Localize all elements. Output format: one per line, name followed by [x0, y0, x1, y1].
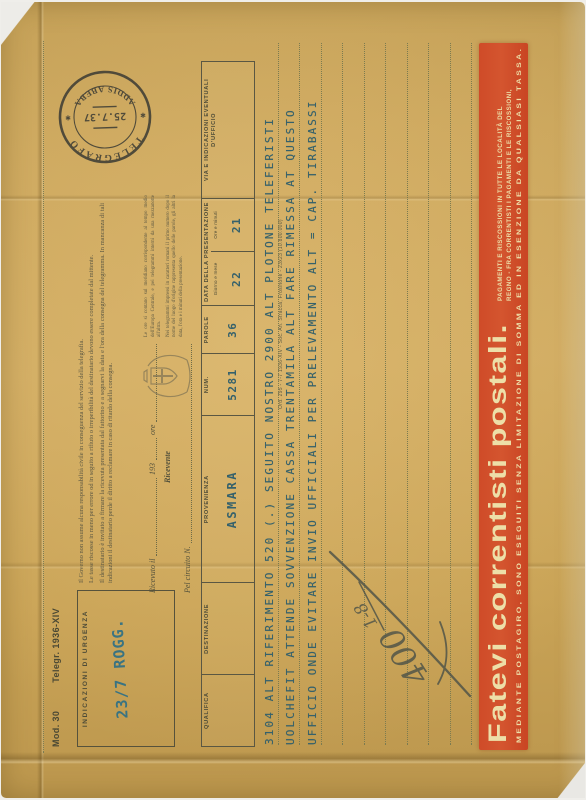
time-note: Le ore si contano sul meridiano corrispo…	[144, 195, 164, 337]
coat-of-arms-icon	[141, 349, 193, 403]
legal-note: Il Governo non assume alcuna responsabil…	[78, 203, 86, 583]
time-notes: Le ore si contano sul meridiano corrispo…	[144, 195, 187, 337]
handwritten-figure: 400	[372, 620, 438, 693]
col-qualifica-value	[211, 675, 254, 746]
col-parole-value: 36	[211, 306, 254, 353]
postal-banner: Fatevi correntisti postali. PAGAMENTI E …	[479, 43, 528, 750]
banner-subline-1: PAGAMENTI E RISCOSSIONI IN TUTTE LE LOCA…	[497, 50, 505, 301]
col-num-value: 5281	[211, 354, 254, 415]
urgency-stamp: 23/7 ROGG.	[107, 591, 133, 747]
sub-ore-value: 21	[219, 199, 254, 252]
legal-notes: Il Governo non assume alcuna responsabil…	[78, 203, 118, 583]
col-parole-label: PAROLE	[202, 306, 211, 353]
model-number: Mod. 30	[51, 711, 61, 747]
time-note: Nei telegrammi impressi in caratteri rom…	[166, 195, 186, 337]
photo-background-corner	[1, 2, 61, 46]
urgency-box: INDICAZIONI DI URGENZA 23/7 ROGG.	[77, 590, 175, 747]
postmark-star: ✱	[140, 111, 146, 119]
form-model-line: Mod. 30 Telegr. 1936-XIV	[51, 608, 61, 747]
col-provenienza-value: ASMARA	[211, 416, 254, 583]
paper-sheet: Mod. 30 Telegr. 1936-XIV INDICAZIONI DI …	[1, 2, 585, 798]
message-line: UOLCHEFIT ATTENDE SOVVENZIONE CASSA TREN…	[279, 43, 301, 745]
postmark-star: ✱	[65, 113, 71, 121]
col-via-label: VIA E INDICAZIONI EVENTUALI D'UFFICIO	[202, 62, 218, 198]
circuit-label: Pel circuito N.	[183, 546, 192, 593]
photo-background-corner	[539, 742, 585, 798]
svg-text:TELEGRAFO: TELEGRAFO	[67, 134, 144, 164]
sub-ore-label: Ore e minuti	[211, 199, 219, 252]
legal-note: Il destinatario è invitato a firmare la …	[99, 203, 116, 583]
banner-subline-2: REGNO - FRA CORRENTISTI I PAGAMENTI E LE…	[506, 50, 514, 301]
sub-giorno-value: 22	[219, 252, 254, 305]
postmark-place: ADDIS ABEBA	[71, 83, 137, 110]
telegram-form: Mod. 30 Telegr. 1936-XIV INDICAZIONI DI …	[31, 27, 531, 767]
postmark-office: TELEGRAFO	[67, 134, 144, 164]
form-edition: Telegr. 1936-XIV	[51, 608, 61, 683]
message-text: 3104 ALT RIFERIMENTO 520 (.) SEGUITO NOS…	[263, 117, 278, 745]
message-text: UFFICIO ONDE EVITARE INVIO UFFICIALI PER…	[306, 100, 321, 745]
paper-edge	[559, 2, 585, 798]
col-provenienza-label: PROVENIENZA	[202, 416, 211, 583]
message-line: 3104 ALT RIFERIMENTO 520 (.) SEGUITO NOS…	[257, 43, 279, 745]
postmark-stamp: TELEGRAFO ADDIS ABEBA ✱ ✱ 25.7.37	[53, 65, 156, 168]
postmark-date: 25.7.37	[84, 110, 127, 122]
received-on-label: Ricevuto il	[148, 559, 157, 593]
col-data-label: DATA DELLA PRESENTAZIONE	[202, 199, 211, 306]
telegram-photo: Mod. 30 Telegr. 1936-XIV INDICAZIONI DI …	[0, 0, 586, 800]
col-via-value	[218, 62, 254, 198]
legal-note: Le tasse riscosse in meno per errore od …	[88, 203, 96, 583]
col-destinazione-label: DESTINAZIONE	[202, 583, 211, 674]
col-qualifica-label: QUALIFICA	[202, 675, 211, 746]
handwritten-note: 1-8	[350, 598, 382, 632]
col-destinazione-value	[211, 583, 254, 674]
year-prefix: 193	[148, 463, 157, 475]
message-text: UOLCHEFIT ATTENDE SOVVENZIONE CASSA TREN…	[284, 108, 299, 745]
fill-in-line	[149, 478, 157, 556]
svg-text:ADDIS ABEBA: ADDIS ABEBA	[71, 83, 137, 110]
top-dotted-rule	[43, 41, 44, 753]
header-table: QUALIFICA DESTINAZIONE PROVENIENZA ASMAR…	[201, 61, 255, 747]
handwritten-annotation: 400 1-8	[324, 537, 479, 712]
message-line: UFFICIO ONDE EVITARE INVIO UFFICIALI PER…	[300, 43, 322, 745]
urgency-box-label: INDICAZIONI DI URGENZA	[82, 591, 89, 746]
col-num-label: NUM.	[202, 354, 211, 415]
hour-label: ore	[148, 425, 157, 435]
banner-subline-3: MEDIANTE POSTAGIRO, SONO ESEGUITI SENZA …	[516, 43, 523, 743]
banner-headline: Fatevi correntisti postali.	[482, 323, 515, 743]
sub-giorno-label: Giorno e mese	[211, 252, 219, 305]
fill-in-line	[149, 438, 157, 460]
